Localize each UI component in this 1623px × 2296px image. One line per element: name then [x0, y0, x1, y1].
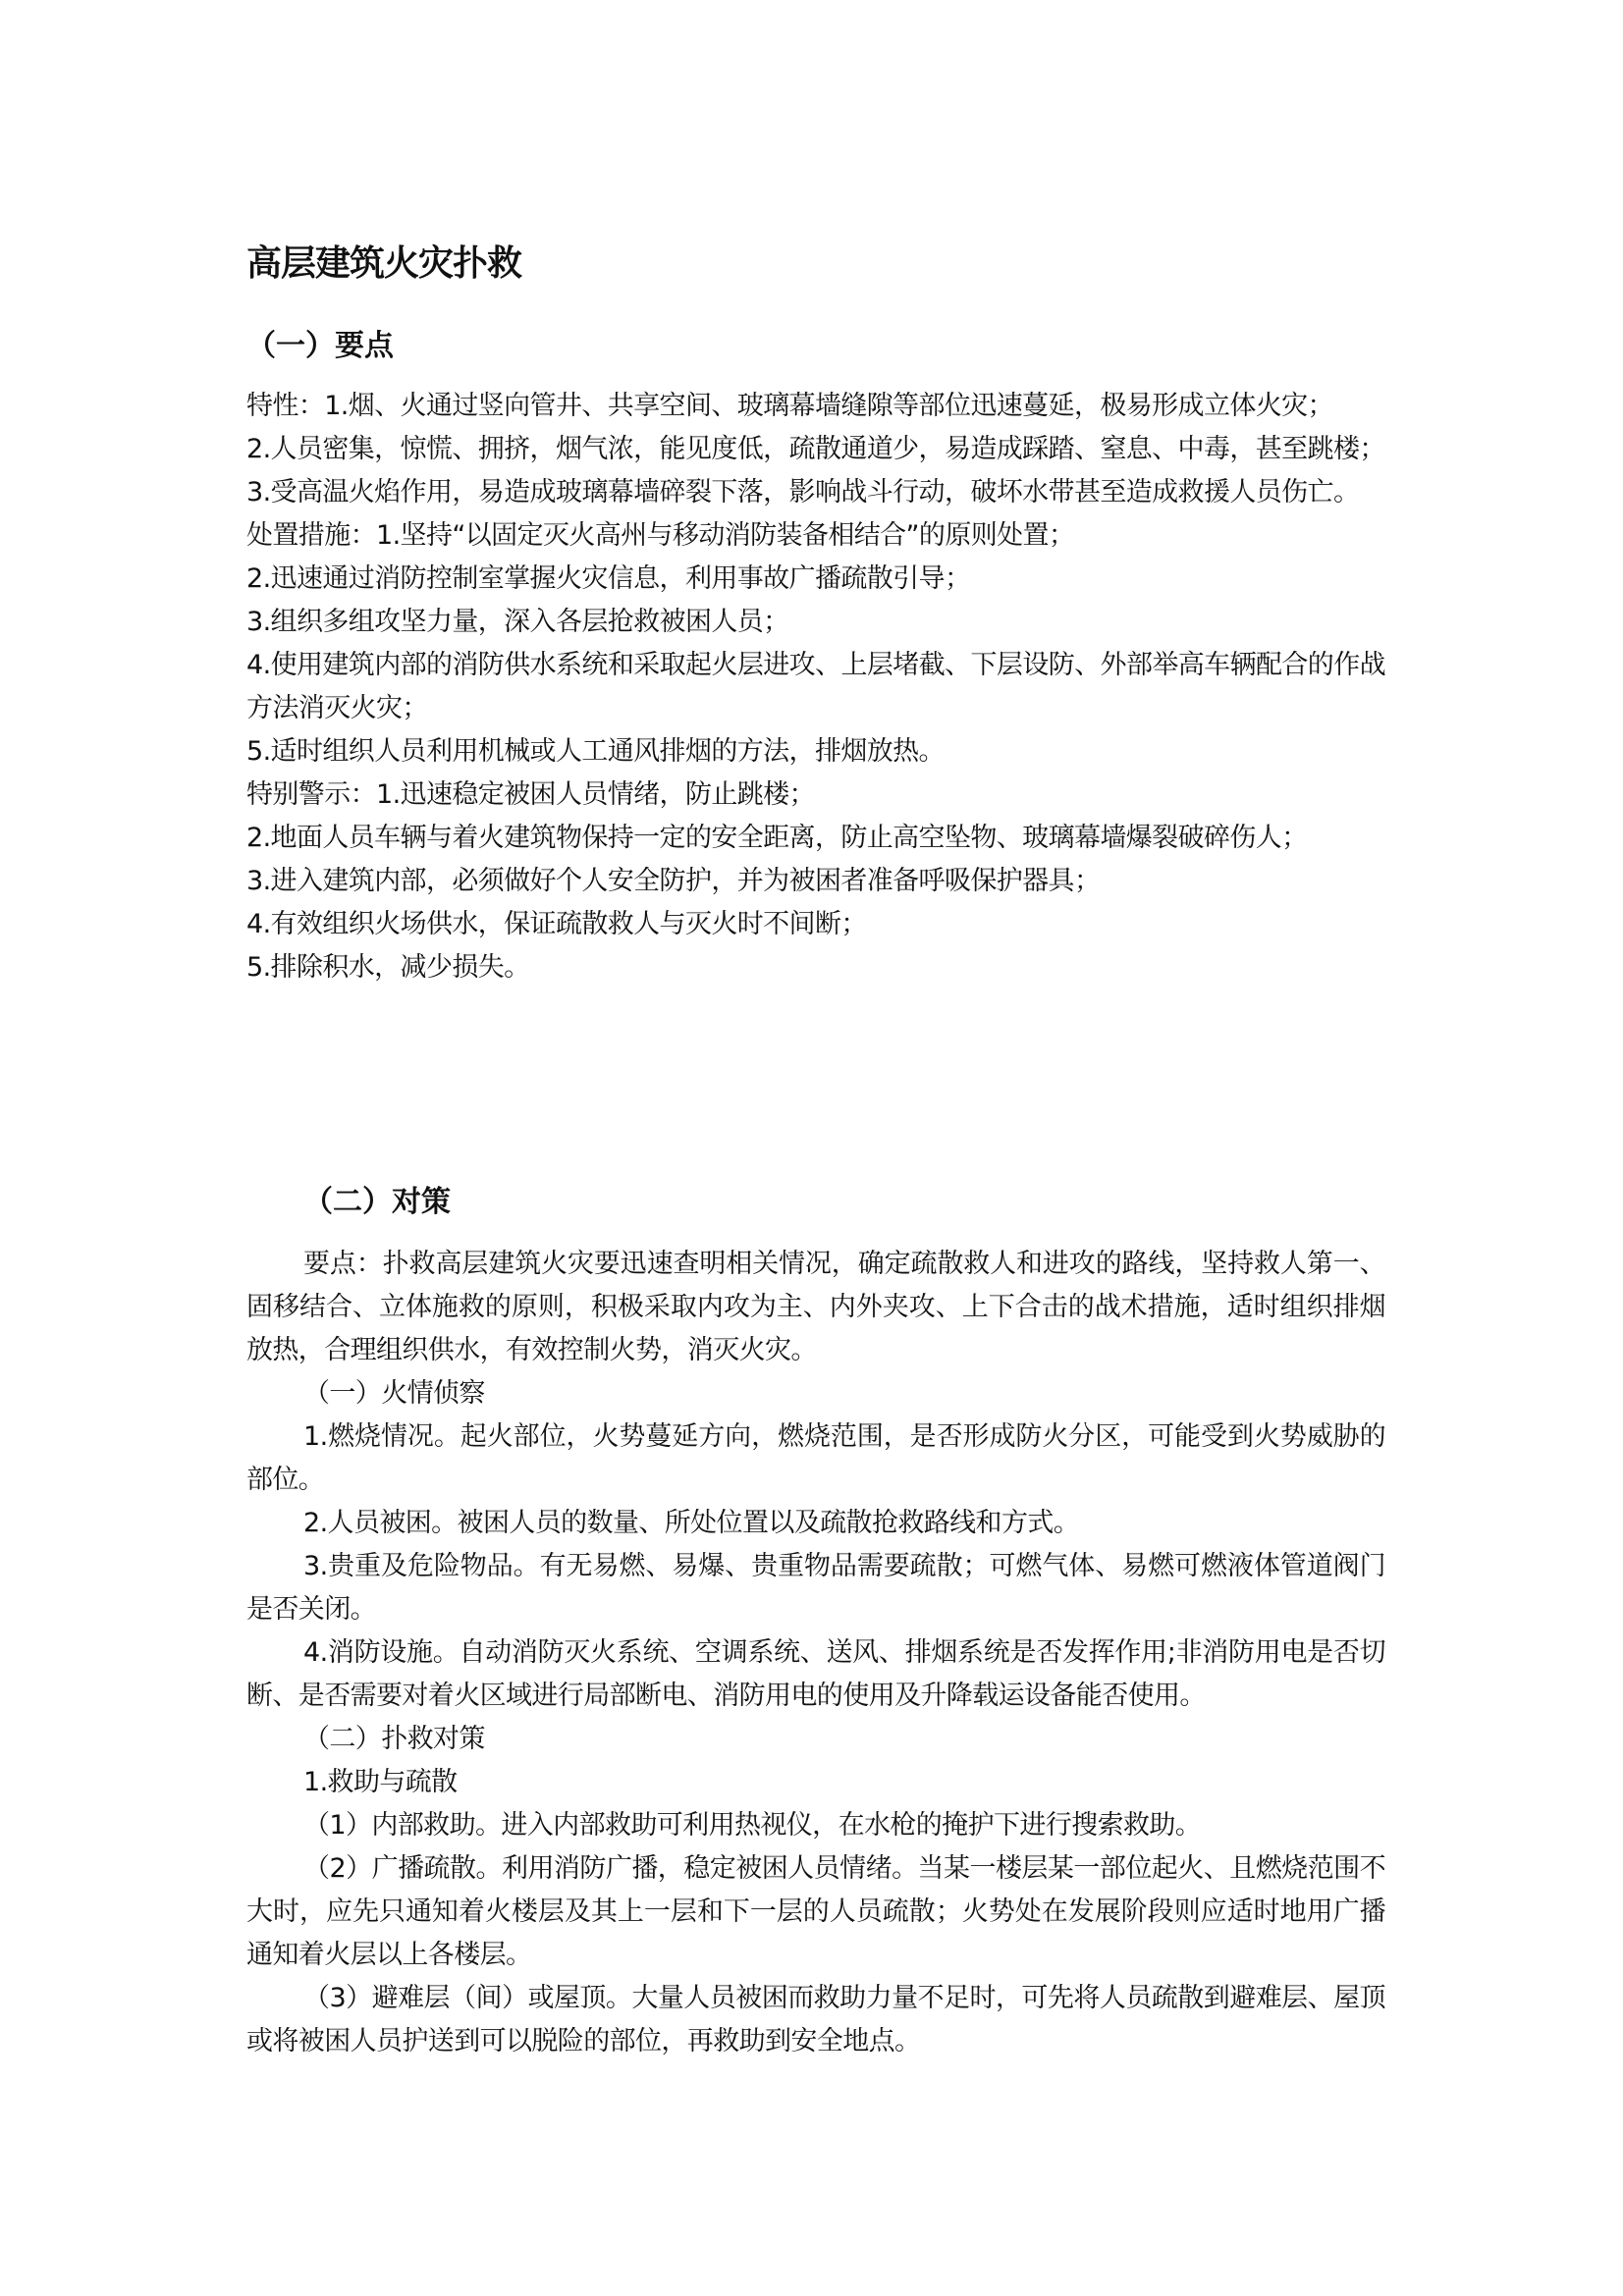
paragraph: 2.迅速通过消防控制室掌握火灾信息，利用事故广播疏散引导；: [246, 558, 1385, 601]
subheading-rescue-evacuation: 1.救助与疏散: [246, 1761, 1385, 1804]
list-item: 3.贵重及危险物品。有无易燃、易爆、贵重物品需要疏散；可燃气体、易燃可燃液体管道…: [246, 1545, 1385, 1631]
subheading-fire-reconnaissance: （一）火情侦察: [246, 1372, 1385, 1415]
paragraph: 4.使用建筑内部的消防供水系统和采取起火层进攻、上层堵截、下层设防、外部举高车辆…: [246, 644, 1385, 730]
section-countermeasures-body: 要点：扑救高层建筑火灾要迅速查明相关情况，确定疏散救人和进攻的路线，坚持救人第一…: [246, 1243, 1385, 2063]
list-item: （2）广播疏散。利用消防广播，稳定被困人员情绪。当某一楼层某一部位起火、且燃烧范…: [246, 1847, 1385, 1977]
paragraph: 4.有效组织火场供水，保证疏散救人与灭火时不间断；: [246, 903, 1385, 946]
list-item: （1）内部救助。进入内部救助可利用热视仪，在水枪的掩护下进行搜索救助。: [246, 1804, 1385, 1847]
paragraph: 处置措施：1.坚持“以固定灭火高州与移动消防装备相结合”的原则处置；: [246, 514, 1385, 558]
paragraph: 特别警示：1.迅速稳定被困人员情绪，防止跳楼；: [246, 774, 1385, 817]
document-title: 高层建筑火灾扑救: [246, 240, 521, 288]
list-item: 1.燃烧情况。起火部位，火势蔓延方向，燃烧范围，是否形成防火分区，可能受到火势威…: [246, 1415, 1385, 1502]
section-heading-countermeasures: （二）对策: [303, 1183, 451, 1222]
summary-paragraph: 要点：扑救高层建筑火灾要迅速查明相关情况，确定疏散救人和进攻的路线，坚持救人第一…: [246, 1243, 1385, 1372]
section-heading-key-points: （一）要点: [246, 327, 394, 366]
list-item: 4.消防设施。自动消防灭火系统、空调系统、送风、排烟系统是否发挥作用;非消防用电…: [246, 1631, 1385, 1718]
paragraph: 3.组织多组攻坚力量，深入各层抢救被困人员；: [246, 601, 1385, 644]
paragraph: 5.排除积水，减少损失。: [246, 946, 1385, 989]
list-item: （3）避难层（间）或屋顶。大量人员被困而救助力量不足时，可先将人员疏散到避难层、…: [246, 1977, 1385, 2063]
paragraph: 3.受高温火焰作用，易造成玻璃幕墙碎裂下落，影响战斗行动，破坏水带甚至造成救援人…: [246, 471, 1385, 514]
subheading-firefighting-countermeasures: （二）扑救对策: [246, 1718, 1385, 1761]
paragraph: 2.人员密集，惊慌、拥挤，烟气浓，能见度低，疏散通道少，易造成踩踏、窒息、中毒，…: [246, 428, 1385, 471]
section-key-points-body: 特性：1.烟、火通过竖向管井、共享空间、玻璃幕墙缝隙等部位迅速蔓延，极易形成立体…: [246, 385, 1385, 989]
paragraph: 5.适时组织人员利用机械或人工通风排烟的方法，排烟放热。: [246, 730, 1385, 774]
paragraph: 2.地面人员车辆与着火建筑物保持一定的安全距离，防止高空坠物、玻璃幕墙爆裂破碎伤…: [246, 817, 1385, 860]
paragraph: 特性：1.烟、火通过竖向管井、共享空间、玻璃幕墙缝隙等部位迅速蔓延，极易形成立体…: [246, 385, 1385, 428]
paragraph: 3.进入建筑内部，必须做好个人安全防护，并为被困者准备呼吸保护器具；: [246, 860, 1385, 903]
list-item: 2.人员被困。被困人员的数量、所处位置以及疏散抢救路线和方式。: [246, 1502, 1385, 1545]
